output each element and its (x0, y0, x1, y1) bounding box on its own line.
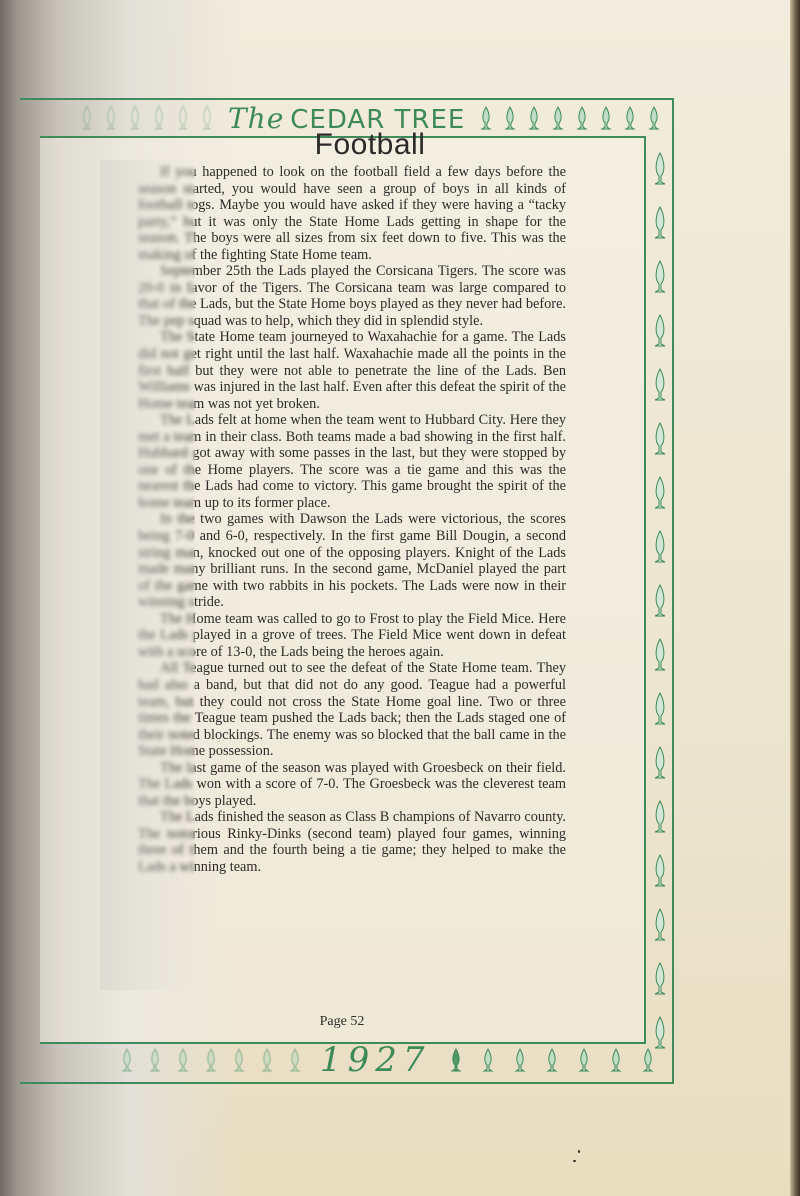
cedar-tree-icon (652, 746, 668, 780)
cedar-tree-icon (652, 260, 668, 294)
cedar-tree-icon (609, 1047, 623, 1073)
right-border-trees (648, 140, 672, 1072)
cedar-tree-icon (204, 1047, 218, 1073)
paragraph: If you happened to look on the football … (138, 164, 566, 263)
cedar-tree-icon (647, 105, 661, 131)
cedar-tree-icon (80, 105, 94, 131)
cedar-tree-icon (128, 105, 142, 131)
cedar-tree-icon (288, 1047, 302, 1073)
cedar-tree-icon (148, 1047, 162, 1073)
cedar-tree-icon (577, 1047, 591, 1073)
yearbook-year: 1927 (320, 1040, 431, 1080)
paragraph: The Lads felt at home when the team went… (138, 412, 566, 511)
page-title: Football (200, 128, 540, 162)
header-left-trees (80, 105, 214, 131)
cedar-tree-icon (545, 1047, 559, 1073)
page-number: Page 52 (0, 1014, 684, 1030)
cedar-tree-icon (575, 105, 589, 131)
cedar-tree-icon (104, 105, 118, 131)
cedar-tree-icon (652, 638, 668, 672)
paper-speck (578, 1150, 580, 1153)
cedar-tree-icon (176, 1047, 190, 1073)
cedar-tree-icon (652, 908, 668, 942)
cedar-tree-icon (652, 692, 668, 726)
paragraph: All Teague turned out to see the defeat … (138, 660, 566, 759)
paragraph: September 25th the Lads played the Corsi… (138, 263, 566, 329)
cedar-tree-icon (652, 368, 668, 402)
cedar-tree-icon (652, 800, 668, 834)
paragraph: In the two games with Dawson the Lads we… (138, 511, 566, 610)
cedar-tree-icon (652, 476, 668, 510)
cedar-tree-icon (652, 530, 668, 564)
cedar-tree-icon (623, 105, 637, 131)
cedar-tree-icon (652, 206, 668, 240)
cedar-tree-icon (652, 584, 668, 618)
cedar-tree-icon (449, 1047, 463, 1073)
book-edge (790, 0, 800, 1196)
cedar-tree-icon (481, 1047, 495, 1073)
paragraph: The Home team was called to go to Frost … (138, 611, 566, 661)
cedar-tree-icon (260, 1047, 274, 1073)
cedar-tree-icon (513, 1047, 527, 1073)
cedar-tree-icon (652, 854, 668, 888)
article-body: If you happened to look on the football … (138, 164, 566, 876)
paper-speck (573, 1160, 576, 1162)
cedar-tree-icon (652, 962, 668, 996)
footer-band: 1927 (40, 1042, 670, 1078)
paragraph: The last game of the season was played w… (138, 760, 566, 810)
cedar-tree-icon (551, 105, 565, 131)
footer-right-trees (449, 1047, 655, 1073)
cedar-tree-icon (176, 105, 190, 131)
footer-left-trees (120, 1047, 302, 1073)
cedar-tree-icon (599, 105, 613, 131)
cedar-tree-icon (232, 1047, 246, 1073)
cedar-tree-icon (120, 1047, 134, 1073)
paragraph: The Lads finished the season as Class B … (138, 809, 566, 875)
cedar-tree-icon (652, 314, 668, 348)
cedar-tree-icon (652, 152, 668, 186)
cedar-tree-icon (641, 1047, 655, 1073)
cedar-tree-icon (152, 105, 166, 131)
paragraph: The State Home team journeyed to Waxahac… (138, 329, 566, 412)
cedar-tree-icon (652, 422, 668, 456)
